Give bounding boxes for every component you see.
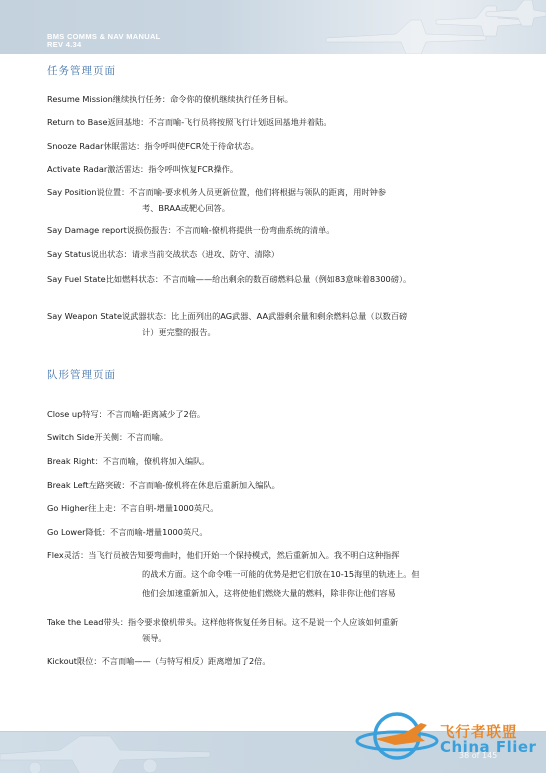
manual-revision: REV 4.34	[47, 41, 161, 49]
entry-break-left: Break Left左路突破：不言而喻-僚机将在休息后重新加入编队。	[47, 477, 280, 493]
entry-text: Say Damage report说损伤报告：不言而喻-僚机将提供一份弯曲系统的…	[47, 225, 334, 235]
china-flier-logo: 飞行者联盟 China Flier 38 of 145	[355, 703, 545, 773]
entry-text: Kickout限位：不言而喻——（与特写相反）距离增加了2倍。	[47, 656, 271, 666]
entry-text: Return to Base返回基地：不言而喻-飞行员将按照飞行计划返回基地并着…	[47, 117, 332, 127]
entry-text: Close up特写：不言而喻-距离减少了2倍。	[47, 409, 205, 419]
entry-continuation: 考、BRAA或靶心回答。	[47, 200, 386, 216]
entry-continuation: 他们会加速重新加入，这将使他们燃烧大量的燃料，除非你让他们容易	[47, 584, 420, 603]
entry-go-lower: Go Lower降低：不言而喻-增量1000英尺。	[47, 524, 208, 540]
entry-say-status: Say Status说出状态：请求当前交战状态（进攻、防守、清除）	[47, 246, 279, 262]
page-header: BMS COMMS & NAV MANUAL REV 4.34	[0, 0, 546, 54]
entry-kickout: Kickout限位：不言而喻——（与特写相反）距离增加了2倍。	[47, 653, 271, 669]
entry-take-the-lead: Take the Lead带头：指令要求僚机带头。这样他将恢复任务目标。这不是说…	[47, 614, 398, 646]
entry-text: Say Position说位置：不言而喻-要求机务人员更新位置，他们将根据与领队…	[47, 187, 386, 197]
entry-text: Break Left左路突破：不言而喻-僚机将在休息后重新加入编队。	[47, 480, 280, 490]
page-indicator: 38 of 145	[459, 751, 497, 760]
entry-close-up: Close up特写：不言而喻-距离减少了2倍。	[47, 406, 205, 422]
entry-say-damage-report: Say Damage report说损伤报告：不言而喻-僚机将提供一份弯曲系统的…	[47, 222, 334, 238]
entry-text: Say Status说出状态：请求当前交战状态（进攻、防守、清除）	[47, 249, 279, 259]
entry-text: Resume Mission继续执行任务：命令你的僚机继续执行任务目标。	[47, 94, 293, 104]
entry-say-weapon-state: Say Weapon State说武器状态：比上面列出的AG武器、AA武器剩余量…	[47, 308, 407, 340]
entry-text: Say Weapon State说武器状态：比上面列出的AG武器、AA武器剩余量…	[47, 311, 407, 321]
entry-continuation: 计）更完整的报告。	[47, 324, 407, 340]
entry-text: Take the Lead带头：指令要求僚机带头。这样他将恢复任务目标。这不是说…	[47, 617, 398, 627]
entry-text: Go Lower降低：不言而喻-增量1000英尺。	[47, 527, 208, 537]
manual-title: BMS COMMS & NAV MANUAL REV 4.34	[47, 33, 161, 49]
entry-snooze-radar: Snooze Radar休眠雷达：指令呼叫使FCR处于待命状态。	[47, 138, 259, 154]
fighter-jet-footer-image	[0, 732, 300, 773]
entry-continuation: 领导。	[47, 630, 398, 646]
entry-text: Flex灵活：当飞行员被告知要弯曲时，他们开始一个保持模式，然后重新加入。我不明…	[47, 550, 399, 560]
entry-text: Say Fuel State比如燃料状态：不言而喻——给出剩余的数百磅燃料总量（…	[47, 274, 411, 284]
entry-continuation: 的战术方面。这个命令唯一可能的优势是把它们放在10-15海里的轨迹上。但	[47, 565, 420, 584]
section-title-formation-management: 队形管理页面	[47, 367, 116, 382]
airplane-orbit-icon	[355, 703, 440, 773]
entry-text: Break Right：不言而喻，僚机将加入编队。	[47, 456, 209, 466]
fighter-jets-image	[286, 0, 546, 54]
entry-text: Go Higher往上走：不言自明-增量1000英尺。	[47, 503, 218, 513]
section-title-mission-management: 任务管理页面	[47, 63, 116, 78]
entry-flex: Flex灵活：当飞行员被告知要弯曲时，他们开始一个保持模式，然后重新加入。我不明…	[47, 546, 420, 603]
entry-go-higher: Go Higher往上走：不言自明-增量1000英尺。	[47, 500, 218, 516]
entry-return-to-base: Return to Base返回基地：不言而喻-飞行员将按照飞行计划返回基地并着…	[47, 114, 332, 130]
entry-text: Switch Side开关侧：不言而喻。	[47, 432, 168, 442]
entry-activate-radar: Activate Radar激活雷达：指令呼叫恢复FCR操作。	[47, 161, 238, 177]
entry-break-right: Break Right：不言而喻，僚机将加入编队。	[47, 453, 209, 469]
entry-text: Activate Radar激活雷达：指令呼叫恢复FCR操作。	[47, 164, 238, 174]
entry-resume-mission: Resume Mission继续执行任务：命令你的僚机继续执行任务目标。	[47, 91, 293, 107]
entry-say-fuel-state: Say Fuel State比如燃料状态：不言而喻——给出剩余的数百磅燃料总量（…	[47, 271, 411, 287]
entry-say-position: Say Position说位置：不言而喻-要求机务人员更新位置，他们将根据与领队…	[47, 184, 386, 216]
entry-switch-side: Switch Side开关侧：不言而喻。	[47, 429, 168, 445]
entry-text: Snooze Radar休眠雷达：指令呼叫使FCR处于待命状态。	[47, 141, 259, 151]
